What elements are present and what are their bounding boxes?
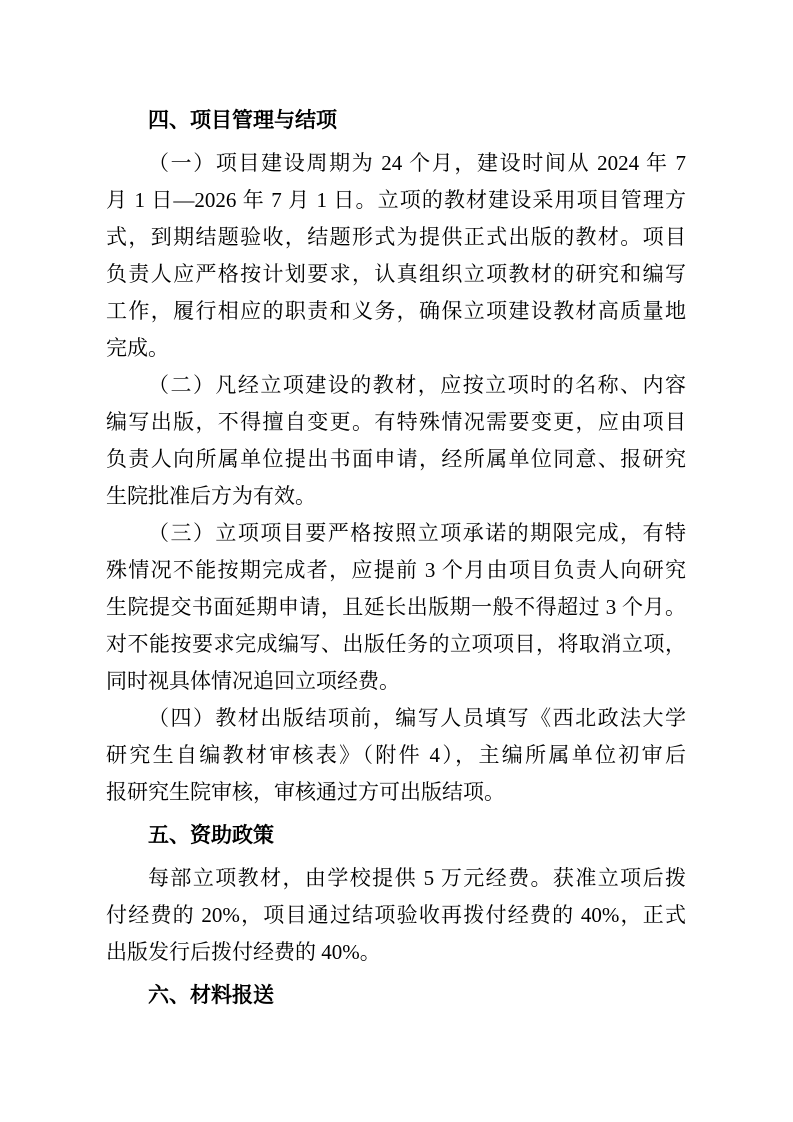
section-heading: 六、材料报送 xyxy=(106,977,686,1014)
paragraph: （二）凡经立项建设的教材，应按立项时的名称、内容编写出版，不得擅自变更。有特殊情… xyxy=(106,367,686,515)
paragraph-line: 生院批准后方为有效。 xyxy=(106,478,686,515)
paragraph-line: 负责人应严格按计划要求，认真组织立项教材的研究和编写 xyxy=(106,256,686,293)
paragraph-line: 完成。 xyxy=(106,330,686,367)
paragraph: （三）立项项目要严格按照立项承诺的期限完成，有特殊情况不能按期完成者，应提前 3… xyxy=(106,515,686,700)
document-page: 四、项目管理与结项（一）项目建设周期为 24 个月，建设时间从 2024 年 7… xyxy=(0,0,793,1122)
paragraph-line: （一）项目建设周期为 24 个月，建设时间从 2024 年 7 xyxy=(106,145,686,182)
paragraph: 每部立项教材，由学校提供 5 万元经费。获准立项后拨付经费的 20%，项目通过结… xyxy=(106,860,686,971)
paragraph-line: 每部立项教材，由学校提供 5 万元经费。获准立项后拨 xyxy=(106,860,686,897)
paragraph-line: 编写出版，不得擅自变更。有特殊情况需要变更，应由项目 xyxy=(106,404,686,441)
paragraph-line: （二）凡经立项建设的教材，应按立项时的名称、内容 xyxy=(106,367,686,404)
paragraph-line: 负责人向所属单位提出书面申请，经所属单位同意、报研究 xyxy=(106,441,686,478)
paragraph-line: 出版发行后拨付经费的 40%。 xyxy=(106,934,686,971)
paragraph-line: 报研究生院审核，审核通过方可出版结项。 xyxy=(106,774,686,811)
paragraph: （四）教材出版结项前，编写人员填写《西北政法大学研究生自编教材审核表》（附件 4… xyxy=(106,700,686,811)
paragraph-line: 生院提交书面延期申请，且延长出版期一般不得超过 3 个月。 xyxy=(106,589,686,626)
paragraph-line: 同时视具体情况追回立项经费。 xyxy=(106,663,686,700)
paragraph-line: 工作，履行相应的职责和义务，确保立项建设教材高质量地 xyxy=(106,293,686,330)
paragraph-line: 研究生自编教材审核表》（附件 4），主编所属单位初审后 xyxy=(106,737,686,774)
paragraph-line: 殊情况不能按期完成者，应提前 3 个月由项目负责人向研究 xyxy=(106,552,686,589)
paragraph-line: （三）立项项目要严格按照立项承诺的期限完成，有特 xyxy=(106,515,686,552)
section-heading: 五、资助政策 xyxy=(106,817,686,854)
document-content: 四、项目管理与结项（一）项目建设周期为 24 个月，建设时间从 2024 年 7… xyxy=(0,0,793,1014)
paragraph: （一）项目建设周期为 24 个月，建设时间从 2024 年 7月 1 日—202… xyxy=(106,145,686,367)
paragraph-line: 月 1 日—2026 年 7 月 1 日。立项的教材建设采用项目管理方 xyxy=(106,182,686,219)
paragraph-line: 付经费的 20%，项目通过结项验收再拨付经费的 40%，正式 xyxy=(106,897,686,934)
paragraph-line: 对不能按要求完成编写、出版任务的立项项目，将取消立项， xyxy=(106,626,686,663)
paragraph-line: 式，到期结题验收，结题形式为提供正式出版的教材。项目 xyxy=(106,219,686,256)
section-heading: 四、项目管理与结项 xyxy=(106,102,686,139)
paragraph-line: （四）教材出版结项前，编写人员填写《西北政法大学 xyxy=(106,700,686,737)
